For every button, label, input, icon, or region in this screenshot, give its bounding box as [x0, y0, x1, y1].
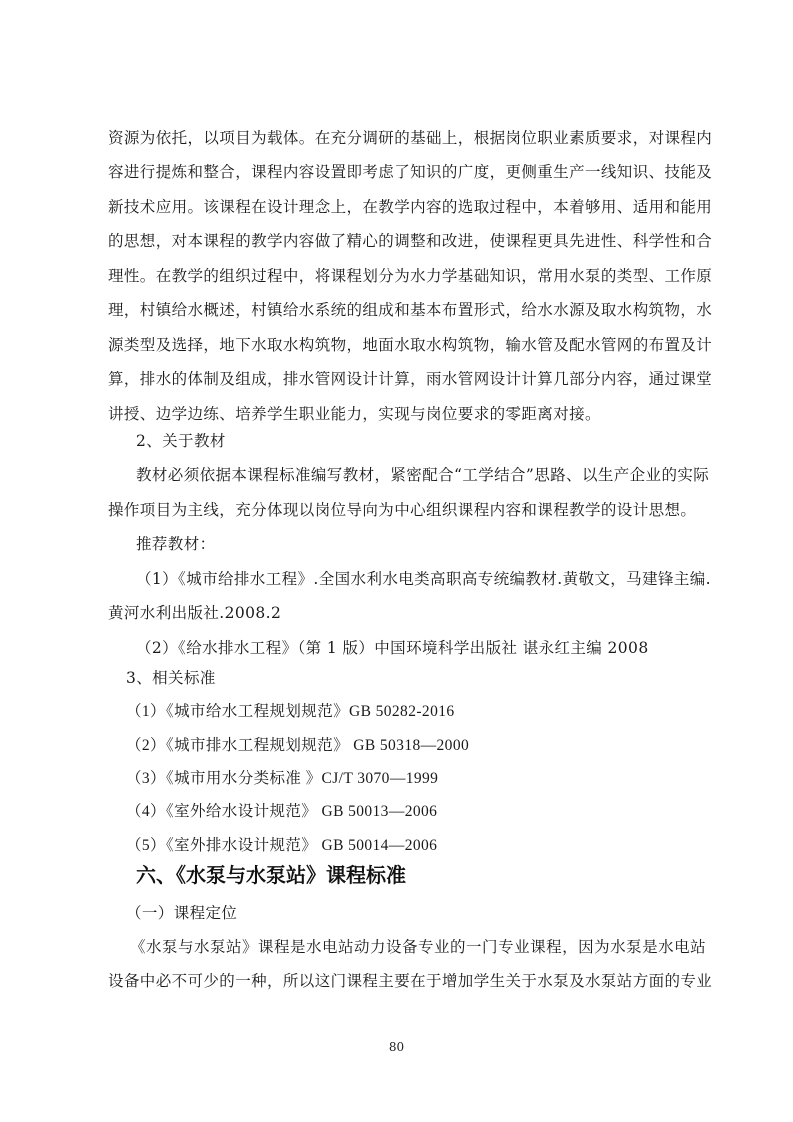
recommended-label: 推荐教材： — [136, 534, 706, 554]
body-text-line: 理，村镇给水概述，村镇给水系统的组成和基本布置形式，给水水源及取水构筑物，水 — [108, 300, 706, 320]
body-text-line: 的思想，对本课程的教学内容做了精心的调整和改进，使课程更具先进性、科学性和合 — [108, 231, 706, 251]
body-text-line: 设备中必不可少的一种，所以这门课程主要在于增加学生关于水泵及水泵站方面的专业 — [108, 971, 706, 991]
body-text-line: 《水泵与水泵站》课程是水电站动力设备专业的一门专业课程，因为水泵是水电站 — [130, 937, 706, 957]
subheading-course-positioning: （一）课程定位 — [126, 903, 724, 923]
standard-item: （1）《城市给水工程规划规范》GB 50282-2016 — [126, 702, 724, 722]
standard-item: （5）《室外排水设计规范》 GB 50014—2006 — [126, 836, 724, 856]
section-title-textbooks: 2、关于教材 — [136, 431, 706, 451]
body-text-line: 资源为依托，以项目为载体。在充分调研的基础上，根据岗位职业素质要求，对课程内 — [108, 128, 706, 148]
chapter-heading: 六、《水泵与水泵站》课程标准 — [136, 862, 406, 888]
textbook-item-continued: 黄河水利出版社.2008.2 — [108, 603, 706, 623]
body-text-line: 源类型及选择，地下水取水构筑物，地面水取水构筑物，输水管及配水管网的布置及计 — [108, 335, 706, 355]
textbook-item: （2）《给水排水工程》（第 1 版）中国环境科学出版社 谌永红主编 2008 — [136, 638, 706, 658]
standard-item: （3）《城市用水分类标准 》CJ/T 3070—1999 — [126, 769, 724, 789]
document-page: 资源为依托，以项目为载体。在充分调研的基础上，根据岗位职业素质要求，对课程内 容… — [0, 0, 793, 1122]
standard-item: （2）《城市排水工程规划规范》 GB 50318—2000 — [126, 736, 724, 756]
page-number: 80 — [0, 1040, 793, 1054]
body-text-line: 容进行提炼和整合，课程内容设置即考虑了知识的广度，更侧重生产一线知识、技能及 — [108, 162, 706, 182]
standard-item: （4）《室外给水设计规范》 GB 50013—2006 — [126, 802, 724, 822]
body-text-line: 新技术应用。该课程在设计理念上，在教学内容的选取过程中，本着够用、适用和能用 — [108, 197, 706, 217]
section-title-standards: 3、相关标准 — [126, 668, 724, 688]
textbook-item: （1）《城市给排水工程》.全国水利水电类高职高专统编教材.黄敬文，马建锋主编. — [136, 569, 706, 589]
body-text-line: 讲授、边学边练、培养学生职业能力，实现与岗位要求的零距离对接。 — [108, 404, 706, 424]
body-text-line: 算，排水的体制及组成，排水管网设计计算，雨水管网设计计算几部分内容，通过课堂 — [108, 369, 706, 389]
body-text-line: 操作项目为主线，充分体现以岗位导向为中心组织课程内容和课程教学的设计思想。 — [108, 500, 706, 520]
body-text-line: 教材必须依据本课程标准编写教材，紧密配合“工学结合”思路、以生产企业的实际 — [136, 465, 706, 485]
body-text-line: 理性。在教学的组织过程中，将课程划分为水力学基础知识，常用水泵的类型、工作原 — [108, 266, 706, 286]
